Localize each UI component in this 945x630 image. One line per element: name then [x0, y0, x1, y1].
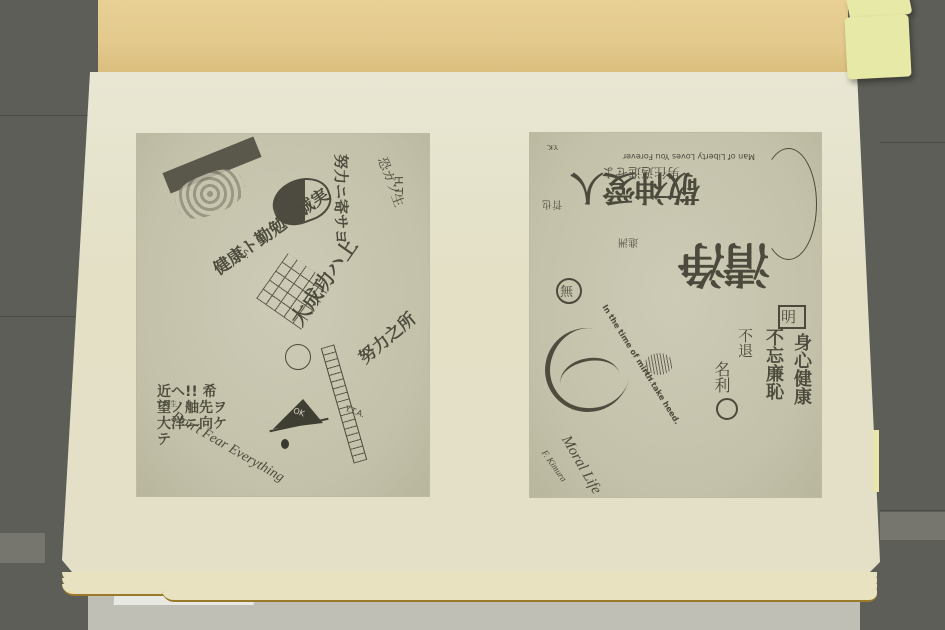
- inscription-column-c: 不退: [735, 328, 756, 358]
- inscription-ascend-sign: T.O.生: [157, 399, 177, 409]
- right-photo-plate: Man of Liberty Loves You Forever Y.K. 男往…: [530, 133, 821, 497]
- left-photo-plate: H.T. 恐ガソ生 努力ニ寄サヨ 健康ト勤勉ト誠実 K.S. 大成功ハ上 努力之…: [137, 134, 429, 496]
- seal-a-label: 無: [560, 281, 573, 300]
- inscription-big-main: 敬神愛人: [572, 166, 700, 215]
- inscription-liberty: Man of Liberty Loves You Forever: [623, 152, 755, 161]
- table-tape: [0, 533, 45, 563]
- guitar-drawing: [321, 344, 368, 463]
- inscription-column-b: 不忘廉恥: [760, 328, 786, 400]
- inscription-line-a: 努力ニ寄サヨ: [331, 154, 352, 244]
- sticky-tab[interactable]: [844, 14, 911, 79]
- page-edge-tab: [873, 430, 879, 492]
- inscription-big-center: 清浄: [682, 234, 770, 303]
- album-top-page: [98, 0, 848, 74]
- inscription-diag-b: 努力之所: [352, 305, 420, 368]
- inscription-sign-small: 進洲: [618, 236, 638, 251]
- seal-circle: [716, 398, 738, 420]
- gourd-drawing: [285, 344, 311, 370]
- inscription-column-d: 名利: [710, 361, 733, 393]
- inscription-liberty-sign: Y.K.: [546, 143, 558, 151]
- table-seam: [880, 510, 945, 511]
- seal-b-label: 明: [781, 306, 796, 327]
- inscription-moral: Moral Life: [557, 433, 604, 497]
- inscription-right-sign: 哲也: [542, 198, 562, 213]
- table-seam: [0, 115, 90, 116]
- table-seam: [0, 316, 80, 317]
- flag-ball: [281, 439, 289, 449]
- table-tape: [880, 512, 945, 540]
- inscription-column-a: 身心健康: [788, 333, 814, 405]
- table-seam: [880, 142, 945, 143]
